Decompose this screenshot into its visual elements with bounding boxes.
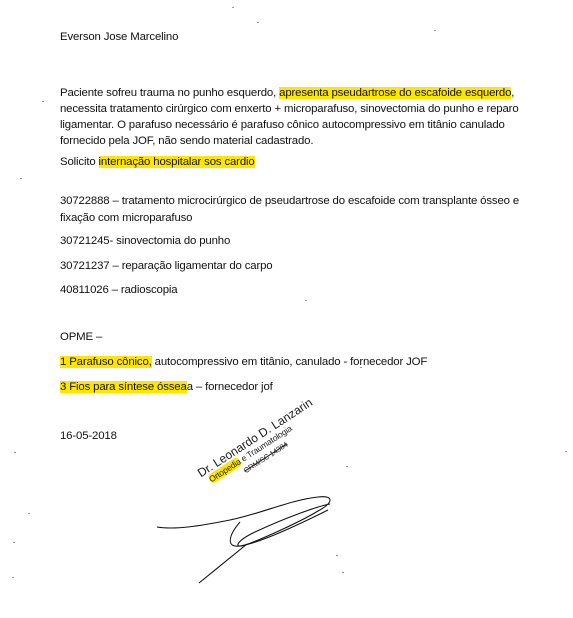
scan-speck: [13, 542, 15, 543]
scan-speck: [257, 22, 259, 23]
scan-speck: [12, 577, 14, 578]
scan-speck: [360, 367, 362, 368]
scan-speck: [565, 451, 567, 452]
scan-speck: [232, 7, 234, 8]
scan-speck: [42, 101, 44, 102]
scan-speck: [20, 178, 22, 179]
scan-speck: [305, 300, 307, 301]
document-page: Everson Jose Marcelino Paciente sofreu t…: [0, 0, 573, 618]
scan-speck: [28, 513, 30, 514]
scan-speck: [336, 555, 338, 556]
scan-speck: [434, 30, 436, 31]
scan-speck: [346, 466, 348, 467]
scan-speck: [342, 572, 344, 573]
signature-icon: [0, 0, 573, 618]
scan-speck: [14, 452, 16, 453]
